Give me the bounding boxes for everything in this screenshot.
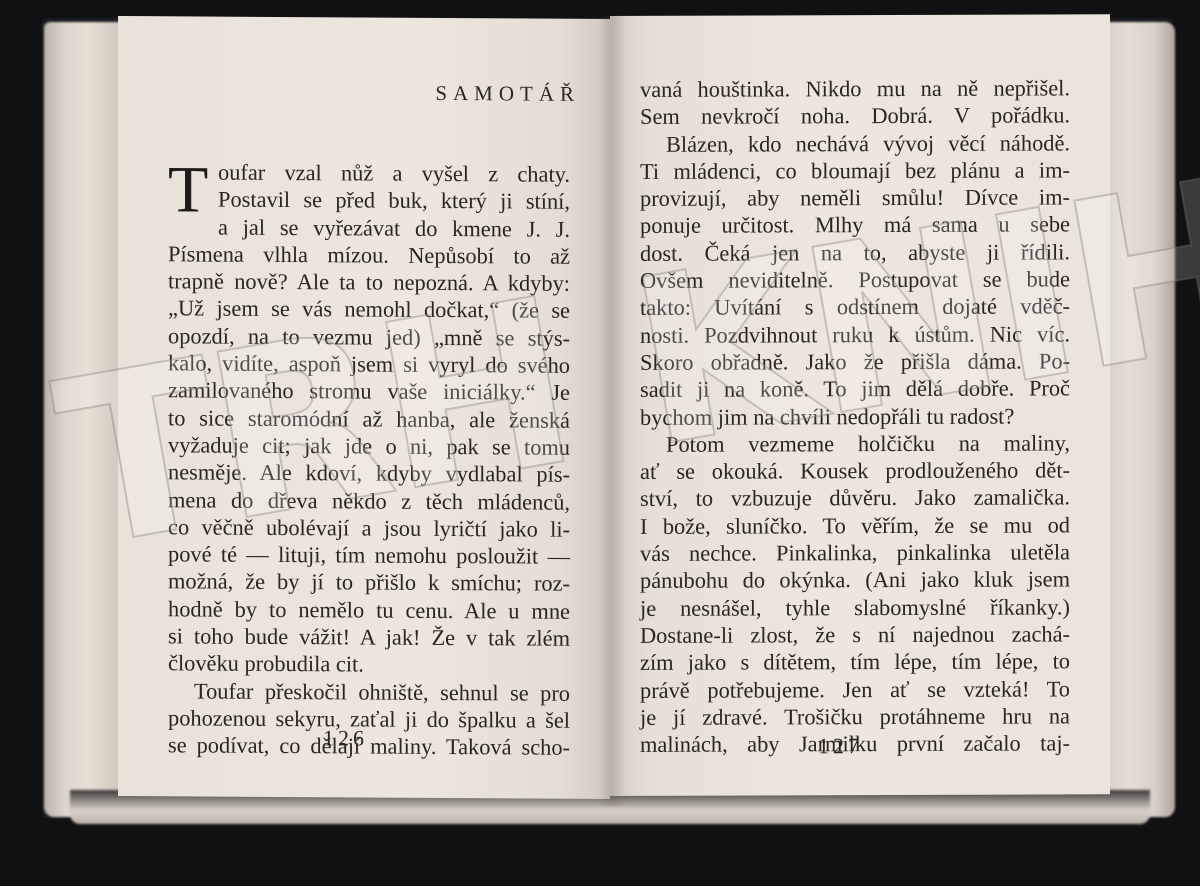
text-line: se podívat, co dělají maliny. Taková sch… — [168, 732, 570, 762]
text-line: zamilovaného stromu vaše iniciálky.“ Je — [168, 377, 570, 407]
text-line: mena do dřeva někdo z těch mládenců, — [168, 486, 570, 516]
text-line: pové té — lituji, tím nemohu posloužit — — [168, 540, 570, 570]
text-line: Skoro obřadně. Jako že přišla dáma. Po- — [640, 347, 1070, 376]
text-line: a jal se vyřezávat do kmene J. J. — [168, 213, 570, 243]
page-number: 127 — [818, 733, 863, 759]
text-line: ponuje určitost. Mlhy má sama u sebe — [640, 211, 1070, 240]
running-head: SAMOTÁŘ — [435, 81, 580, 107]
text-line: oufar vzal nůž a vyšel z chaty. — [168, 158, 570, 188]
text-line: Dostane-li zlost, že s ní najednou zachá… — [640, 620, 1070, 649]
text-line: Postavil se před buk, který ji stíní, — [168, 186, 570, 216]
page-stack-left — [44, 22, 124, 817]
page-number: 126 — [323, 725, 368, 751]
text-line: pánubohu do okýnka. (Ani jako kluk jsem — [640, 566, 1070, 595]
text-line: Písmena vlhla mízou. Nepůsobí to až — [168, 240, 570, 270]
text-line: kalo, vidíte, aspoň jsem si vyryl do své… — [168, 349, 570, 379]
text-line: je nesnášel, tyhle slabomyslné říkanky.) — [640, 593, 1070, 622]
page-stack-right — [1105, 22, 1175, 817]
text-line: sadit ji na koně. To jim dělá dobře. Pro… — [640, 375, 1070, 404]
text-line: trapně nově? Ale ta to nepozná. A kdyby: — [168, 267, 570, 297]
text-line: Ovšem neviditelně. Postupovat se bude — [640, 265, 1070, 294]
text-line: právě potřebujeme. Jen ať se vzteká! To — [640, 675, 1070, 704]
text-line: vyžaduje cit; jak jde o ni, pak se tomu — [168, 431, 570, 461]
text-line: si toho bude vážit! A jak! Že v tak zlém — [168, 622, 570, 652]
text-line: Ti mládenci, co bloumají bez plánu a im- — [640, 156, 1070, 185]
text-line: ství, to vzbuzuje důvěru. Jako zamalička… — [640, 484, 1070, 513]
text-line: je jí zdravé. Trošičku protáhneme hru na — [640, 702, 1070, 731]
text-line: co věčně ubolévají a jsou lyričtí jako l… — [168, 513, 570, 543]
right-page-body: vaná houštinka. Nikdo mu na ně nepřišel.… — [640, 74, 1070, 758]
text-line: ať se okouká. Kousek prodlouženého dět- — [640, 457, 1070, 486]
text-line: možná, že by jí to přišlo k smíchu; roz- — [168, 568, 570, 598]
text-line: dost. Čeká jen na to, abyste ji řídili. — [640, 238, 1070, 267]
left-page: SAMOTÁŘ T oufar vzal nůž a vyšel z chaty… — [118, 16, 610, 799]
left-page-body: oufar vzal nůž a vyšel z chaty. Postavil… — [168, 158, 570, 761]
text-line: vás nechce. Pinkalinka, pinkalinka uletě… — [640, 538, 1070, 567]
text-line: člověku probudila cit. — [168, 650, 570, 680]
text-line: Toufar přeskočil ohniště, sehnul se pro — [168, 677, 570, 707]
text-line: Potom vezmeme holčičku na maliny, — [640, 429, 1070, 458]
text-line: Blázen, kdo nechává vývoj věcí náhodě. — [640, 129, 1070, 158]
text-line: nosti. Pozdvihnout ruku k ústům. Nic víc… — [640, 320, 1070, 349]
text-line: to sice staromódní až hanba, ale ženská — [168, 404, 570, 434]
text-line: pohozenou sekyru, zaťal ji do špalku a š… — [168, 704, 570, 734]
text-line: provizují, aby neměli smůlu! Dívce im- — [640, 184, 1070, 213]
text-line: Sem nevkročí noha. Dobrá. V pořádku. — [640, 102, 1070, 131]
text-line: I bože, sluníčko. To věřím, že se mu od — [640, 511, 1070, 540]
text-line: takto: Uvítání s odstínem dojaté vděč- — [640, 293, 1070, 322]
text-line: opozdí, na to vezmu jed) „mně se stýs- — [168, 322, 570, 352]
right-page: vaná houštinka. Nikdo mu na ně nepřišel.… — [610, 14, 1110, 796]
text-line: hodně by to nemělo tu cenu. Ale u mne — [168, 595, 570, 625]
text-line: „Už jsem se vás nemohl dočkat,“ (že se — [168, 295, 570, 325]
text-line: nesměje. Ale kdoví, kdyby vydlabal pís- — [168, 459, 570, 489]
text-line: zím jako s dítětem, tím lépe, tím lépe, … — [640, 648, 1070, 677]
text-line: vaná houštinka. Nikdo mu na ně nepřišel. — [640, 74, 1070, 103]
text-line: bychom jim na chvíli nedopřáli tu radost… — [640, 402, 1070, 431]
